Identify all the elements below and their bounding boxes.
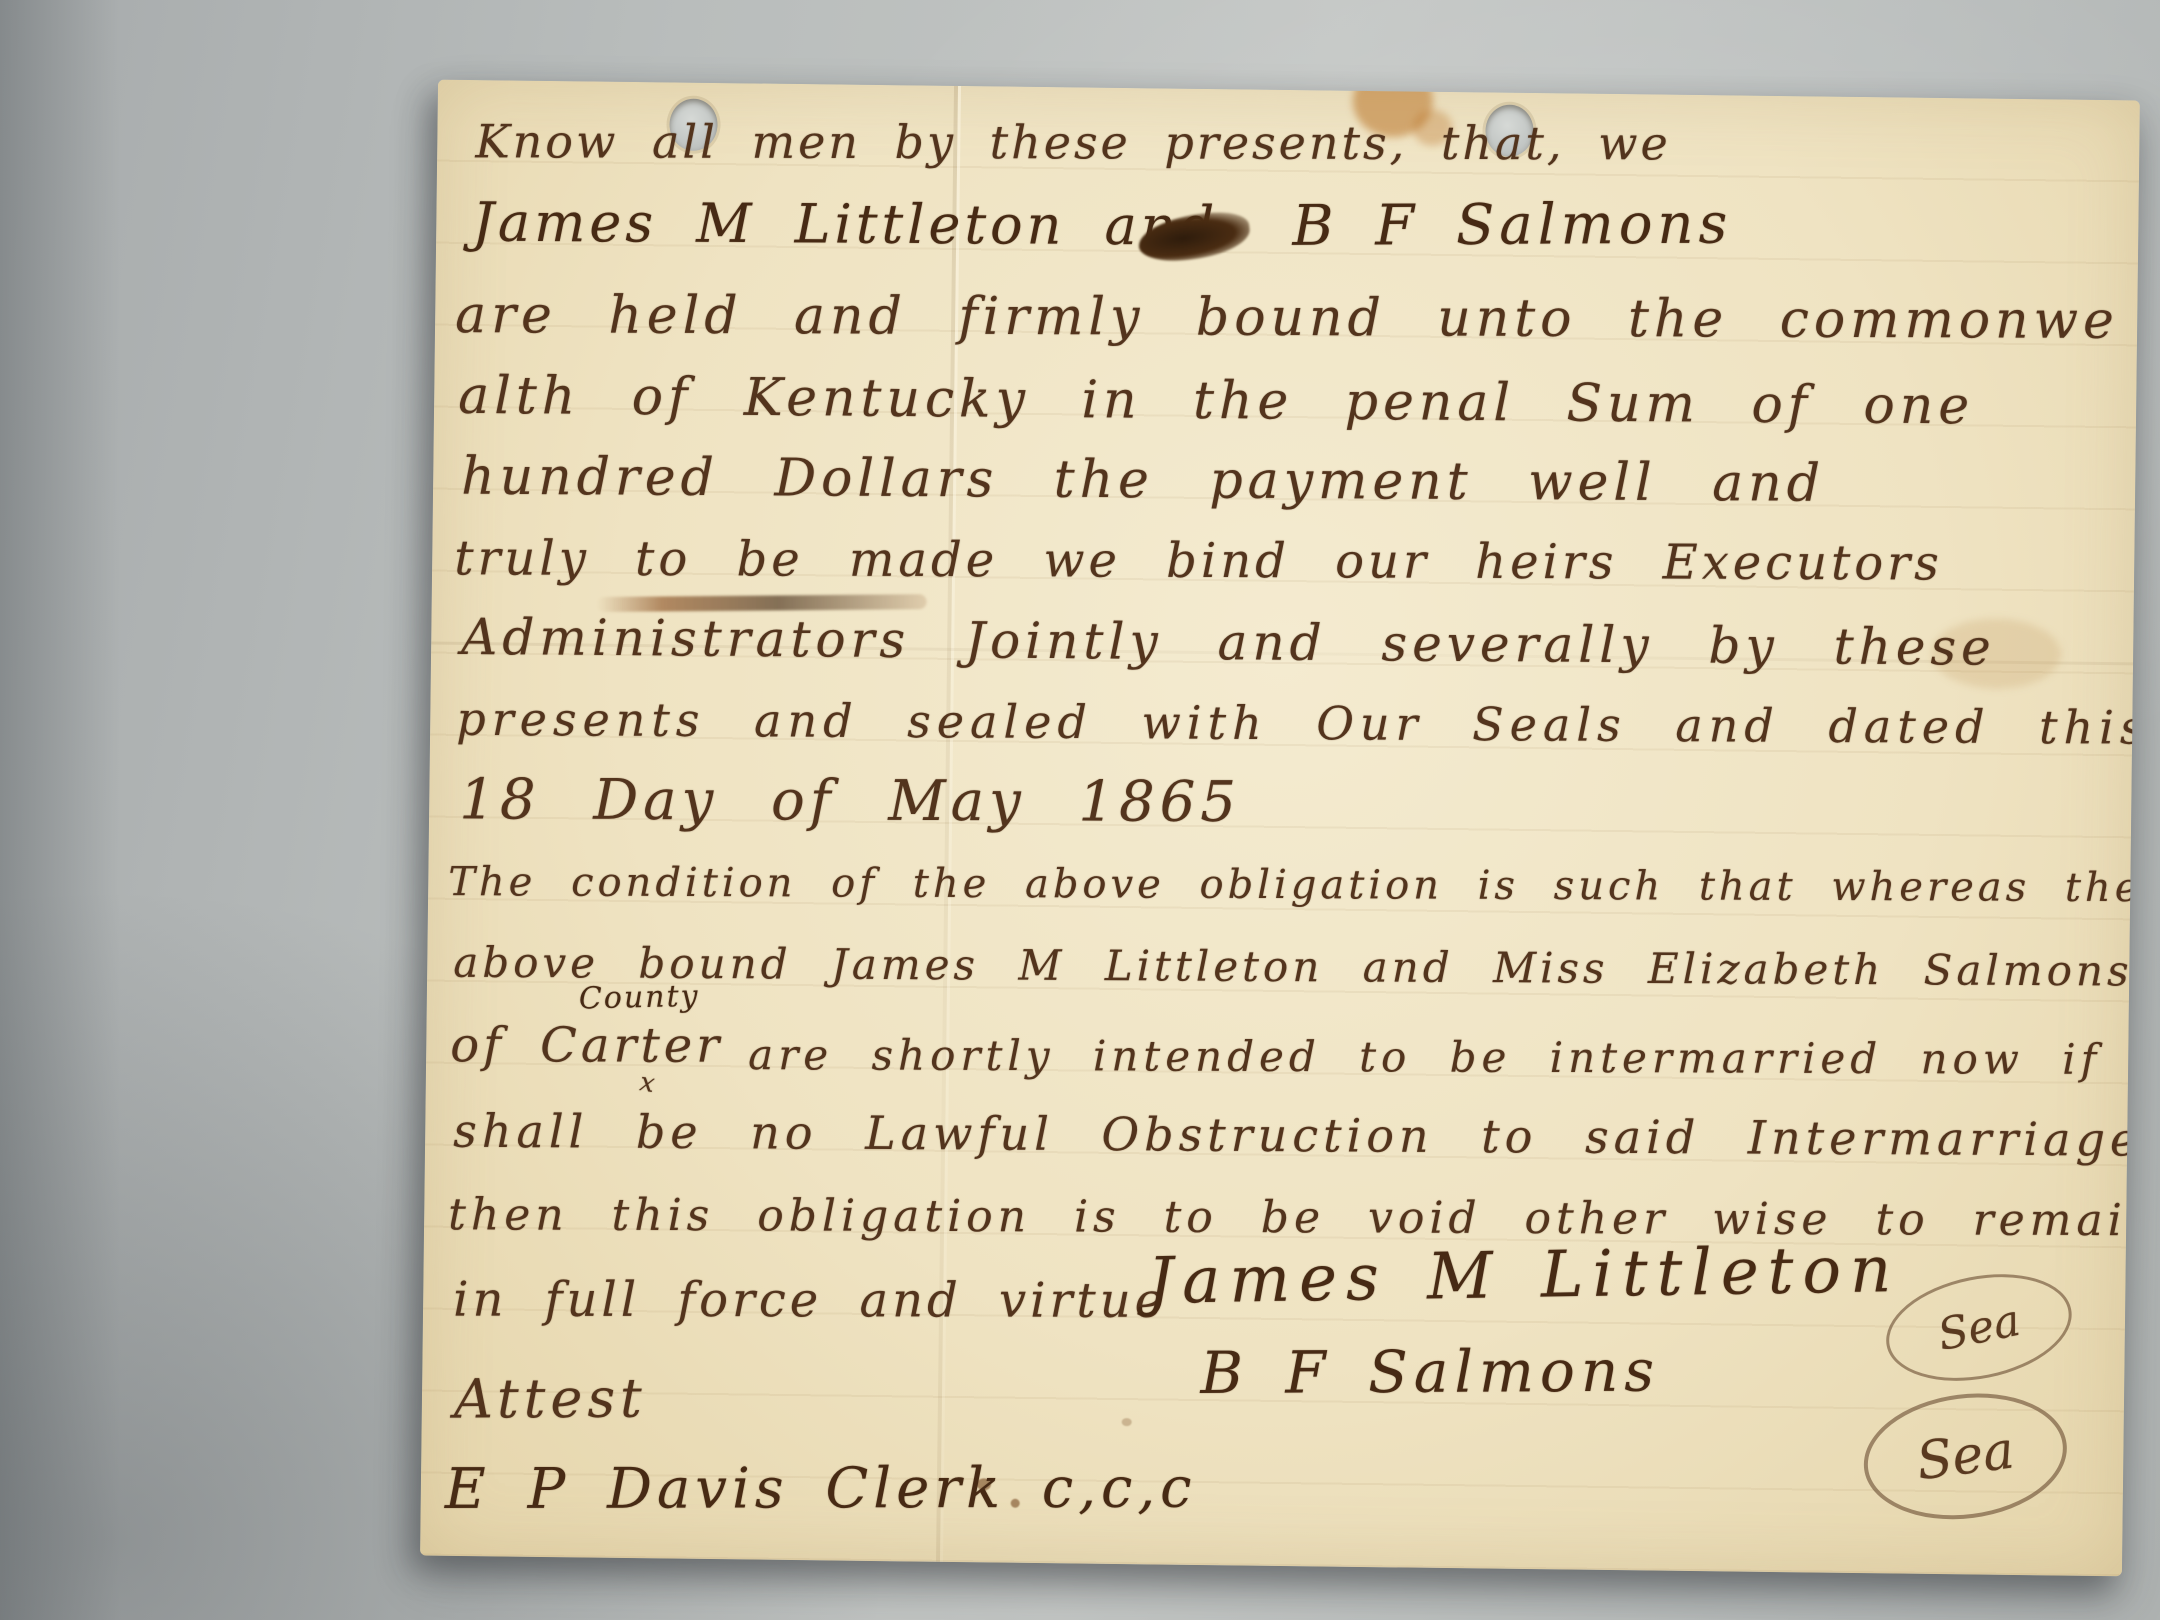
handwritten-line: James M Littleton and bbox=[472, 191, 1218, 258]
seal-text: Sea bbox=[1934, 1294, 2025, 1360]
handwritten-line: B F Salmons bbox=[1292, 192, 1732, 259]
handwritten-line: are held and firmly bound unto the commo… bbox=[455, 285, 2119, 351]
seal-2: Sea bbox=[1856, 1382, 2074, 1531]
seal-1: Sea bbox=[1877, 1259, 2081, 1396]
caret-mark: x bbox=[638, 1067, 657, 1099]
handwritten-line: Administrators Jointly and severally by … bbox=[461, 608, 1996, 677]
handwritten-line: above bound James M Littleton and Miss E… bbox=[453, 938, 2133, 996]
clerk-signature: E P Davis Clerk c,c,c bbox=[445, 1456, 1197, 1522]
handwritten-line: 18 Day of May 1865 bbox=[459, 767, 1241, 835]
document-paper: Know all men by these presents, that, we… bbox=[420, 80, 2140, 1577]
photo-background: Know all men by these presents, that, we… bbox=[0, 0, 2160, 1620]
handwritten-line: are shortly intended to be intermarried … bbox=[748, 1030, 2140, 1084]
interline-word: County bbox=[578, 979, 699, 1017]
seal-text: Sea bbox=[1913, 1420, 2017, 1492]
handwritten-line: presents and sealed with Our Seals and d… bbox=[456, 692, 2140, 755]
signature-b-f-salmons: B F Salmons bbox=[1200, 1337, 1660, 1407]
handwritten-line: The condition of the above obligation is… bbox=[448, 859, 2140, 911]
handwritten-line: alth of Kentucky in the penal Sum of one bbox=[458, 366, 1974, 437]
handwritten-line: in full force and virtue bbox=[453, 1272, 1167, 1329]
table-edge-shadow bbox=[0, 0, 120, 1620]
handwritten-line: of Carter bbox=[450, 1017, 723, 1073]
handwritten-line: truly to be made we bind our heirs Execu… bbox=[454, 530, 1943, 591]
handwritten-line: shall be no Lawful Obstruction to said I… bbox=[453, 1104, 2140, 1167]
handwritten-line: hundred Dollars the payment well and bbox=[461, 447, 1825, 514]
handwritten-line: Know all men by these presents, that, we bbox=[475, 114, 1670, 170]
attest-label: Attest bbox=[454, 1367, 647, 1431]
ink-dot bbox=[1122, 1418, 1132, 1426]
signature-james-littleton: James M Littleton bbox=[1147, 1233, 1901, 1319]
